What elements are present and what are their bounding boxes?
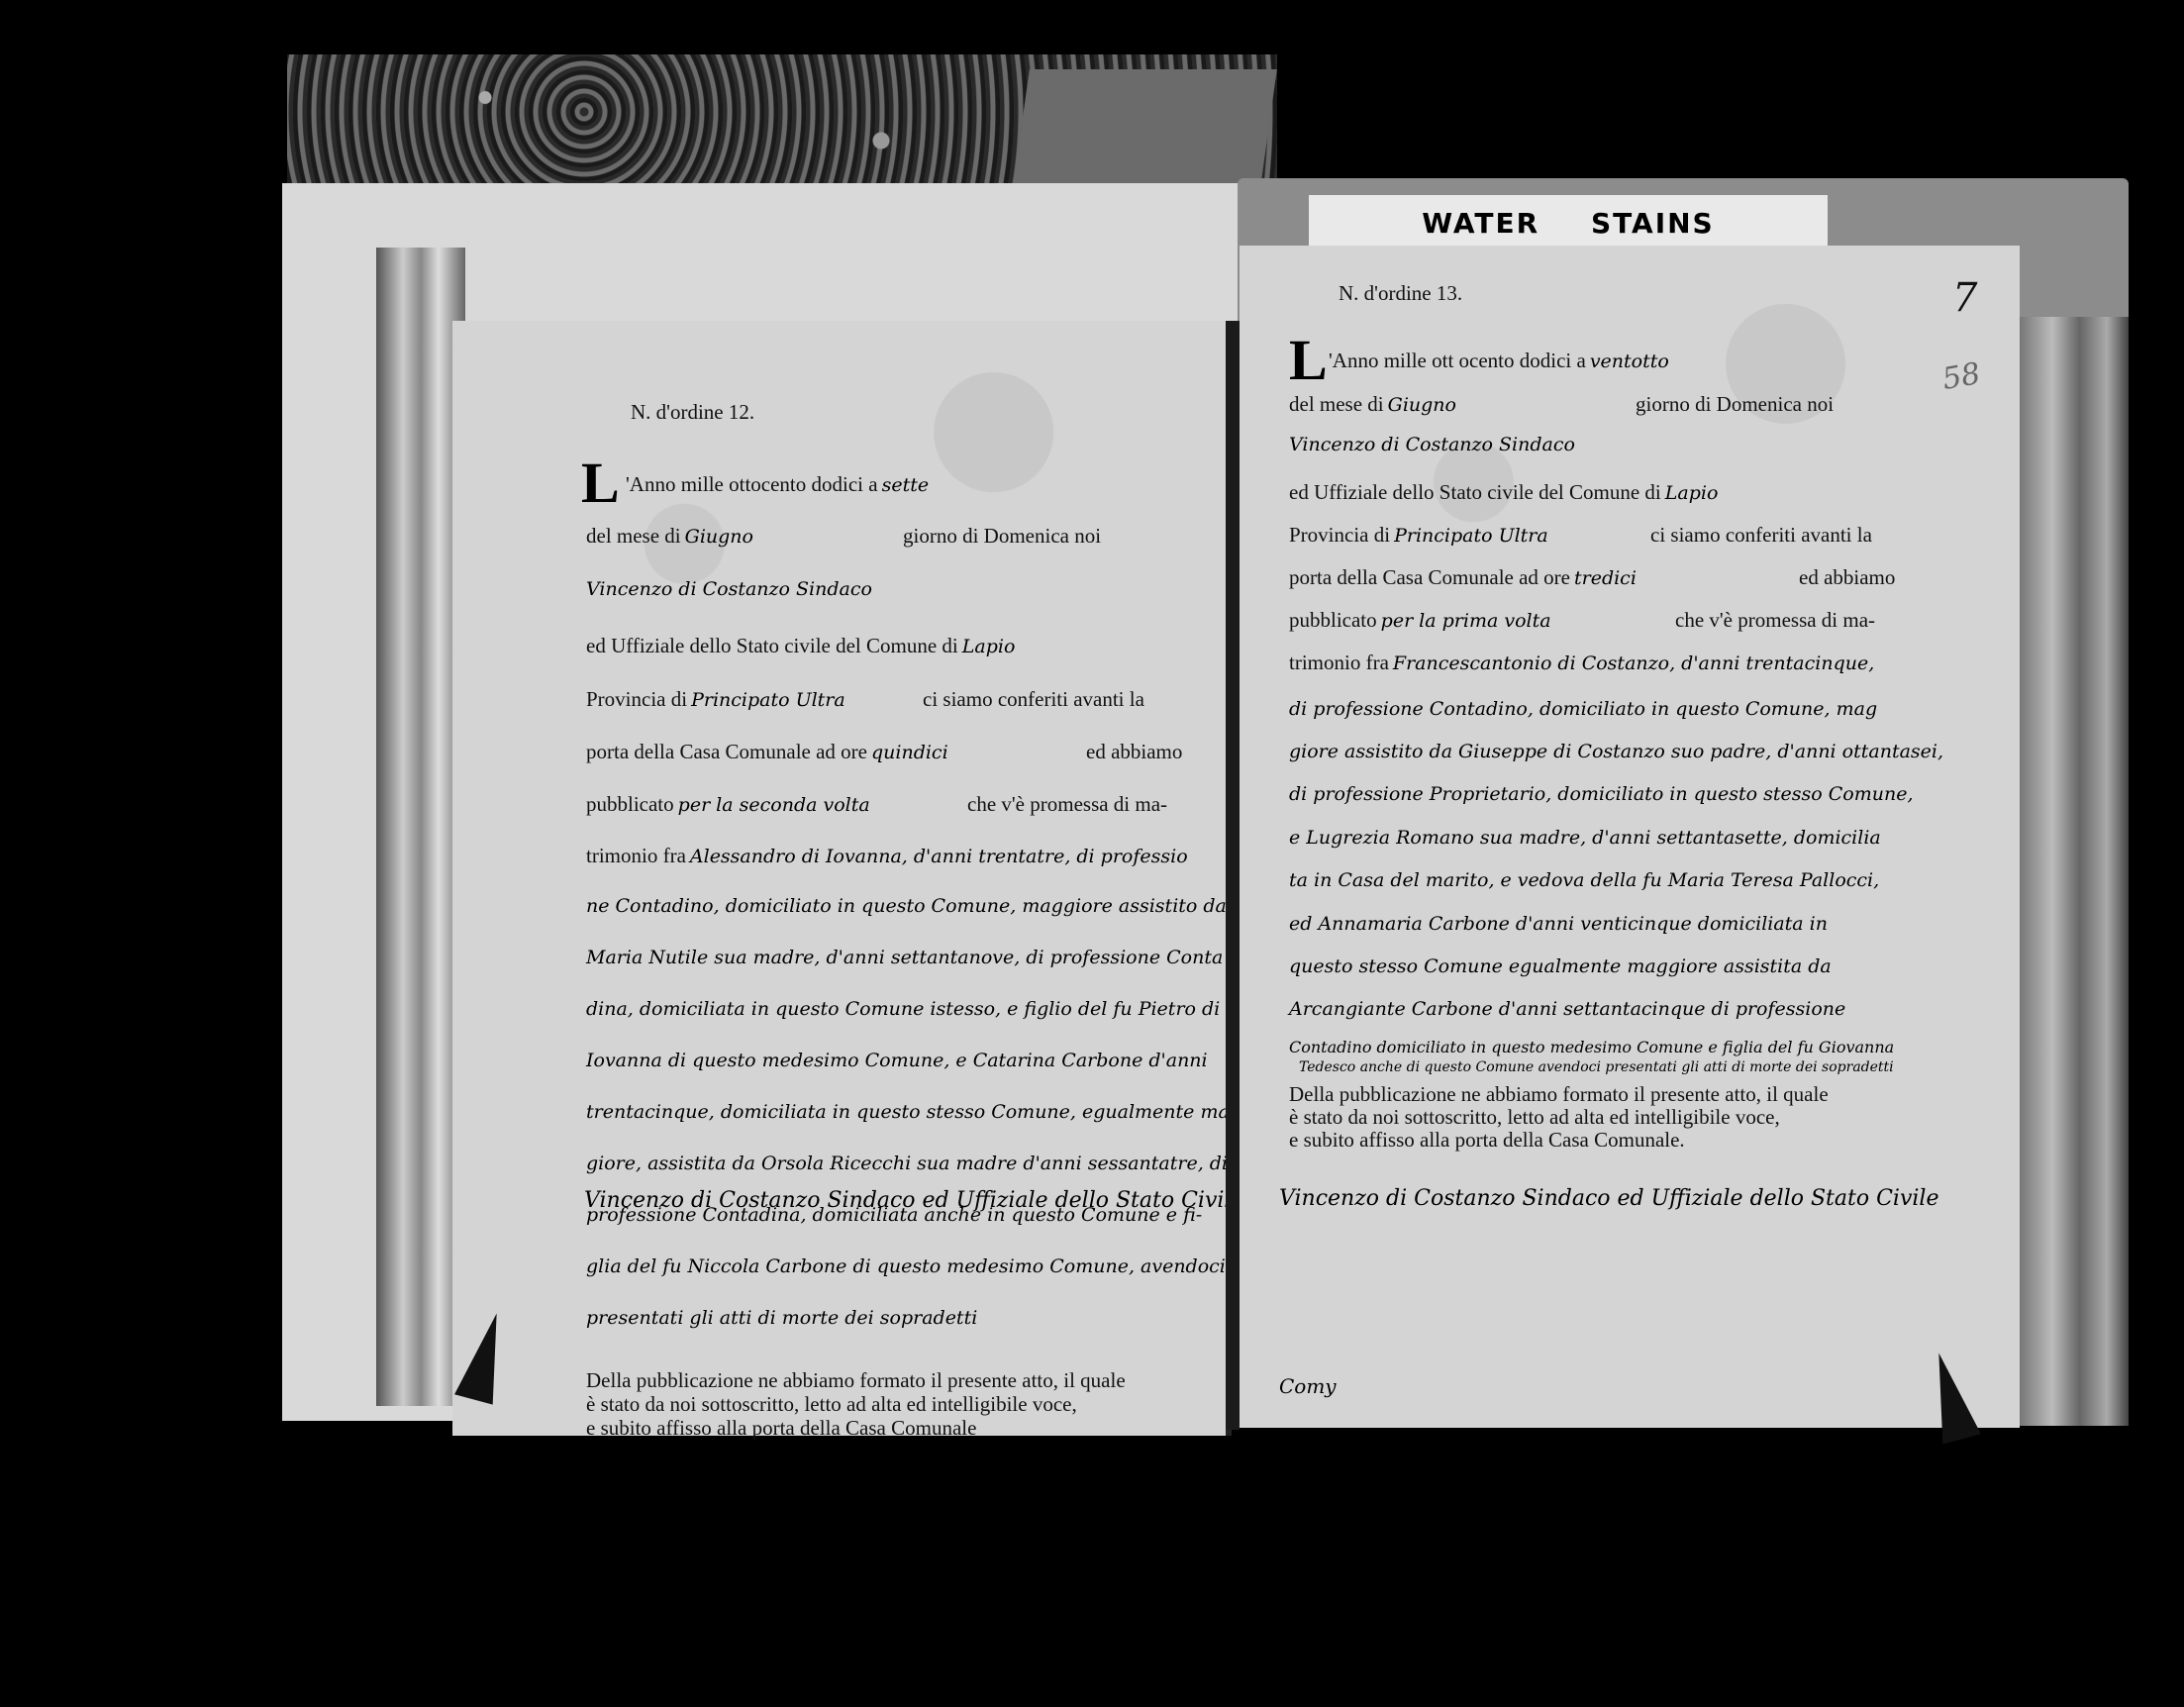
signature: Vincenzo di Costanzo Sindaco ed Uffizial… <box>584 1188 1243 1213</box>
entry-line: porta della Casa Comunale ad ore quindic… <box>586 740 1200 764</box>
entry-line: trimonio fra Francescantonio di Costanzo… <box>1289 651 1874 675</box>
signature: Vincenzo di Costanzo Sindaco ed Uffizial… <box>1279 1186 1938 1211</box>
entry-line: 'Anno mille ott ocento dodici a ventotto <box>1329 349 1669 373</box>
entry-line: di professione Contadino, domiciliato in… <box>1289 698 1877 720</box>
stray-mark: Comy <box>1279 1374 1337 1398</box>
book-gutter <box>1226 321 1240 1430</box>
entry-line: Arcangiante Carbone d'anni settantacinqu… <box>1289 998 1845 1020</box>
entry-line: ta in Casa del marito, e vedova della fu… <box>1289 869 1879 891</box>
page-stack-right <box>2020 317 2129 1426</box>
dropcap: L <box>581 450 620 516</box>
entry-line: del mese di Giugno giorno di Domenica no… <box>586 524 1200 549</box>
entry-line: Tedesco anche di questo Comune avendoci … <box>1299 1059 1894 1075</box>
entry-line: e Lugrezia Romano sua madre, d'anni sett… <box>1289 827 1881 849</box>
entry-line: giore assistito da Giuseppe di Costanzo … <box>1289 741 1943 762</box>
entry-line: Provincia di Principato Ultra ci siamo c… <box>586 687 1200 712</box>
entry-line: dina, domiciliata in questo Comune istes… <box>586 998 1220 1020</box>
left-page: N. d'ordine 12. L 'Anno mille ottocento … <box>452 321 1232 1436</box>
entry-line: Provincia di Principato Ultra ci siamo c… <box>1289 523 1923 548</box>
entry-line: pubblicato per la prima volta che v'è pr… <box>1289 608 1923 633</box>
folio-number: 58 <box>1939 356 1983 397</box>
entry-line: Iovanna di questo medesimo Comune, e Cat… <box>586 1050 1208 1071</box>
entry-line: Maria Nutile sua madre, d'anni settantan… <box>586 947 1223 968</box>
closing-line: e subito affisso alla porta della Casa C… <box>586 1416 976 1441</box>
entry-line: presentati gli atti di morte dei soprade… <box>586 1307 977 1329</box>
entry-line: ed Uffiziale dello Stato civile del Comu… <box>1289 480 1718 505</box>
order-number: N. d'ordine 13. <box>1339 281 1462 306</box>
closing-line: Della pubblicazione ne abbiamo formato i… <box>1289 1082 1829 1107</box>
order-number: N. d'ordine 12. <box>631 400 754 425</box>
closing-line: Della pubblicazione ne abbiamo formato i… <box>586 1368 1126 1393</box>
entry-line: ed Uffiziale dello Stato civile del Comu… <box>586 634 1015 658</box>
entry-line: trentacinque, domiciliata in questo stes… <box>586 1101 1241 1123</box>
entry-line: Vincenzo di Costanzo Sindaco <box>586 578 872 600</box>
entry-line: ed Annamaria Carbone d'anni venticinque … <box>1289 913 1828 935</box>
entry-line: pubblicato per la seconda volta che v'è … <box>586 792 1200 817</box>
water-stains-label: WATER STAINS <box>1309 195 1828 251</box>
closing-line: è stato da noi sottoscritto, letto ad al… <box>1289 1105 1780 1130</box>
dropcap: L <box>1289 327 1328 393</box>
entry-line: glia del fu Niccola Carbone di questo me… <box>586 1255 1226 1277</box>
right-page: N. d'ordine 13. L 'Anno mille ott ocento… <box>1240 246 2020 1428</box>
entry-line: questo stesso Comune egualmente maggiore… <box>1289 955 1832 977</box>
entry-line: Contadino domiciliato in questo medesimo… <box>1289 1038 1894 1056</box>
entry-line: 'Anno mille ottocento dodici a sette <box>626 472 929 497</box>
closing-line: e subito affisso alla porta della Casa C… <box>1289 1128 1685 1153</box>
closing-line: è stato da noi sottoscritto, letto ad al… <box>586 1392 1077 1417</box>
entry-line: ne Contadino, domiciliato in questo Comu… <box>586 895 1227 917</box>
entry-line: giore, assistita da Orsola Ricecchi sua … <box>586 1153 1228 1174</box>
entry-line: Vincenzo di Costanzo Sindaco <box>1289 434 1575 455</box>
entry-line: di professione Proprietario, domiciliato… <box>1289 783 1914 805</box>
entry-line: del mese di Giugno giorno di Domenica no… <box>1289 392 1903 417</box>
entry-line: porta della Casa Comunale ad ore tredici… <box>1289 565 1923 590</box>
entry-line: trimonio fra Alessandro di Iovanna, d'an… <box>586 844 1188 868</box>
page-number: 7 <box>1952 275 1977 321</box>
